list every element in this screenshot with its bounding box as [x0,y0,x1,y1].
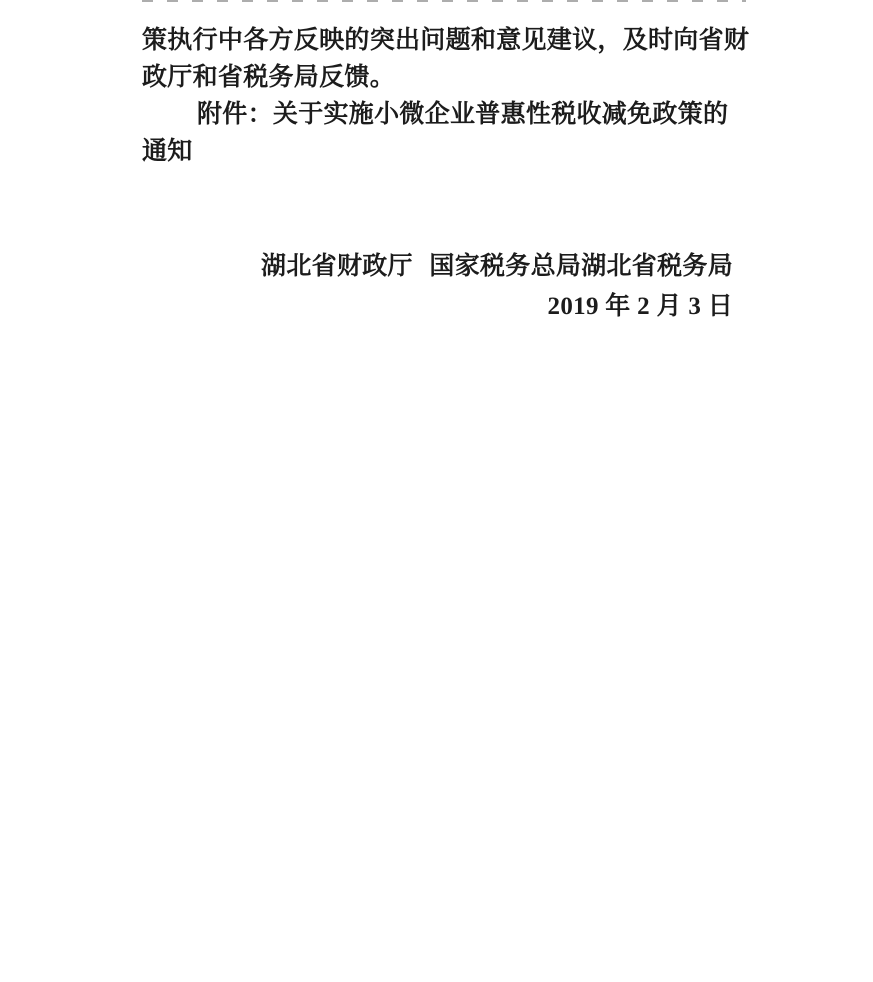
body-text-line: 策执行中各方反映的突出问题和意见建议，及时向省财 [142,22,752,59]
document-page: 策执行中各方反映的突出问题和意见建议，及时向省财 政厅和省税务局反馈。 附件：关… [0,0,873,982]
body-text-line-attachment: 附件：关于实施小微企业普惠性税收减免政策的 [142,96,752,133]
body-text-line: 通知 [142,133,752,170]
signature-block: 湖北省财政厅 国家税务总局湖北省税务局 2019 年 2 月 3 日 [261,247,733,327]
signature-issuers: 湖北省财政厅 国家税务总局湖北省税务局 [261,247,733,287]
body-text-line: 政厅和省税务局反馈。 [142,59,752,96]
clipped-previous-line-fragment [142,0,746,2]
body-paragraphs: 策执行中各方反映的突出问题和意见建议，及时向省财 政厅和省税务局反馈。 附件：关… [142,22,752,170]
signature-date: 2019 年 2 月 3 日 [261,287,733,327]
